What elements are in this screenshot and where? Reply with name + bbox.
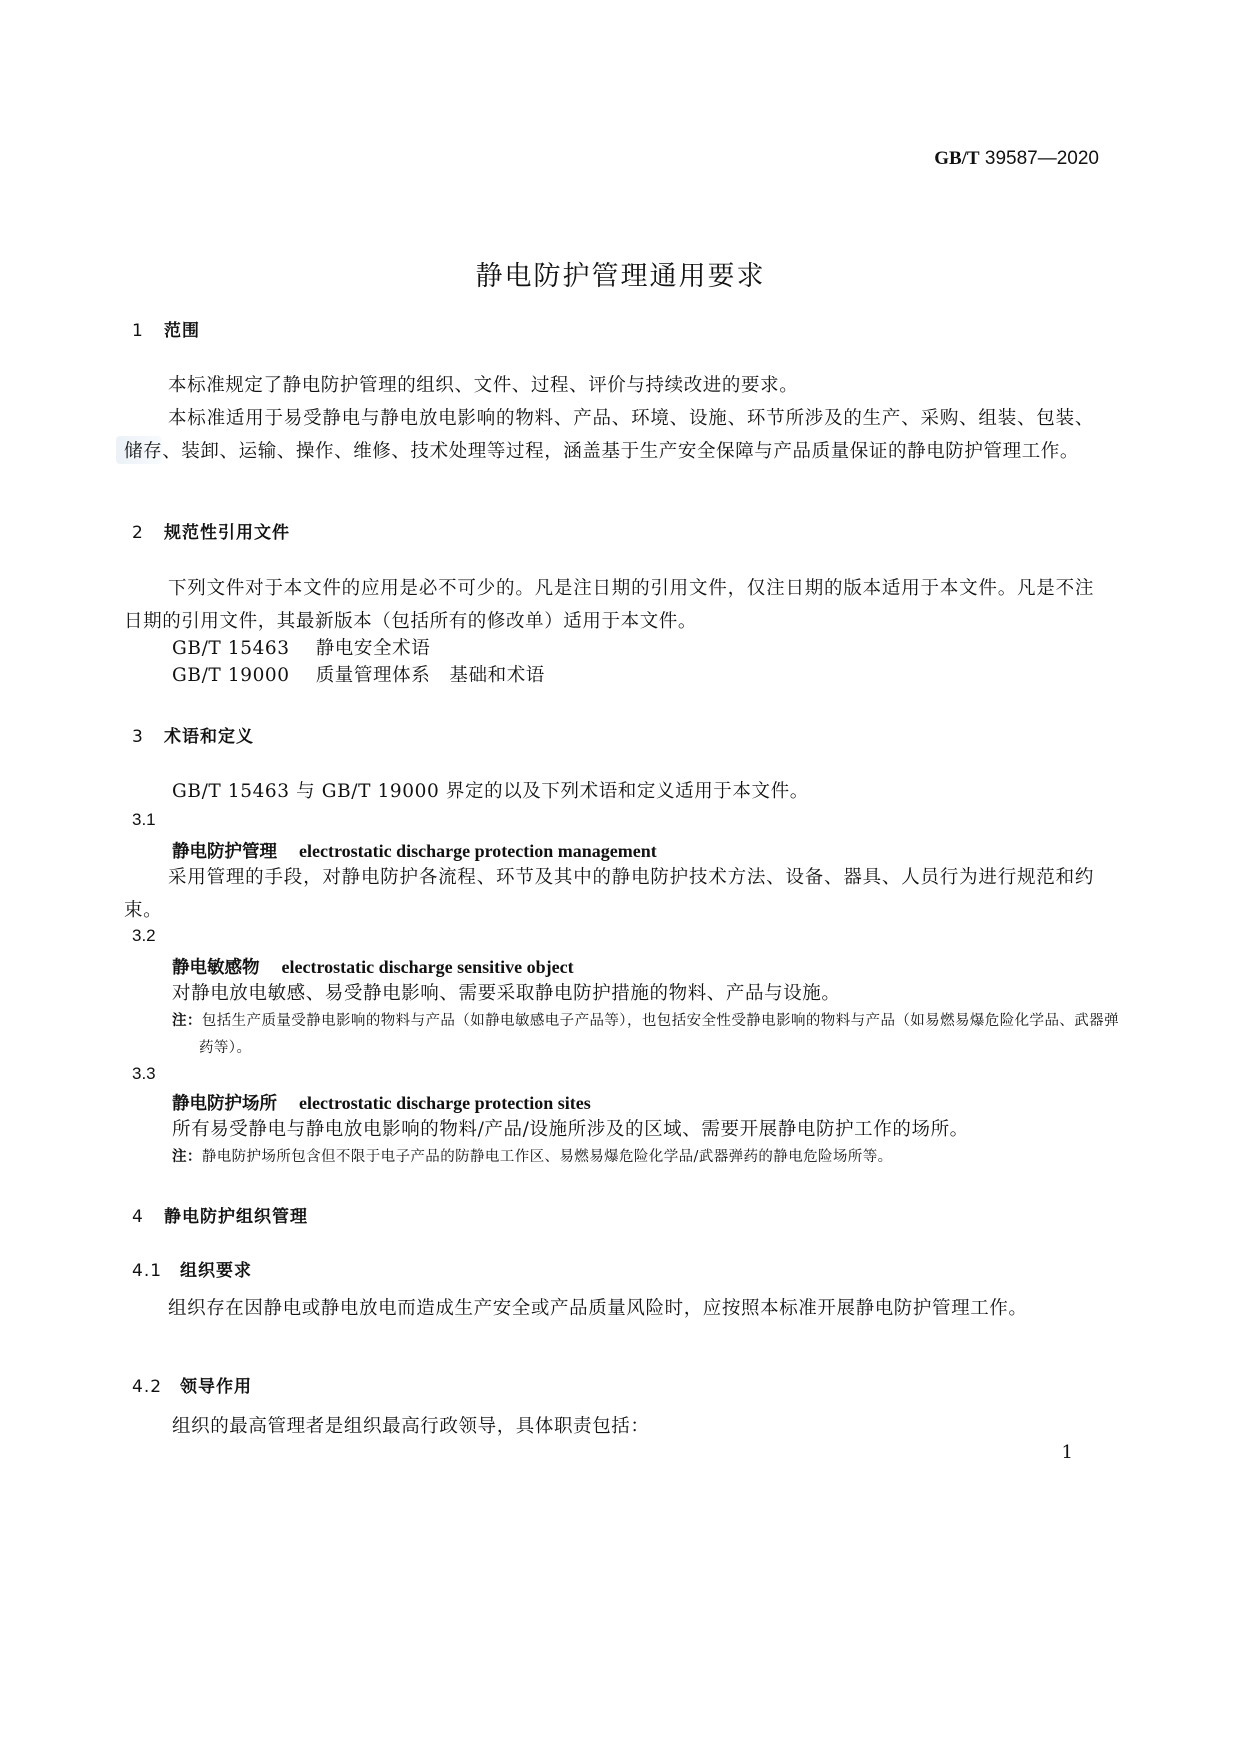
- section-number: 4: [132, 1207, 164, 1227]
- section-title: 静电防护组织管理: [164, 1207, 308, 1227]
- term-heading: 静电敏感物electrostatic discharge sensitive o…: [172, 954, 574, 979]
- section-1-heading: 1范围: [132, 316, 200, 341]
- section-3-intro: GB/T 15463 与 GB/T 19000 界定的以及下列术语和定义适用于本…: [172, 775, 809, 808]
- term-definition: 对静电放电敏感、易受静电影响、需要采取静电防护措施的物料、产品与设施。: [172, 977, 841, 1010]
- section-2-heading: 2规范性引用文件: [132, 518, 290, 543]
- term-en: electrostatic discharge protection sites: [299, 1093, 591, 1113]
- term-cn: 静电敏感物: [172, 958, 260, 978]
- term-note: 注：静电防护场所包含但不限于电子产品的防静电工作区、易燃易爆危险化学品/武器弹药…: [172, 1144, 893, 1171]
- note-label: 注：: [172, 1013, 202, 1029]
- reference-name: 静电安全术语: [316, 638, 431, 659]
- term-number: 3.1: [132, 810, 156, 830]
- term-heading: 静电防护管理electrostatic discharge protection…: [172, 838, 657, 863]
- section-number: 4.2: [132, 1377, 180, 1397]
- document-title: 静电防护管理通用要求: [0, 254, 1241, 293]
- note-text: 包括生产质量受静电影响的物料与产品（如静电敏感电子产品等），也包括安全性受静电影…: [199, 1013, 1119, 1056]
- section-2-intro: 下列文件对于本文件的应用是必不可少的。凡是注日期的引用文件，仅注日期的版本适用于…: [124, 572, 1094, 638]
- term-note: 注：包括生产质量受静电影响的物料与产品（如静电敏感电子产品等），也包括安全性受静…: [172, 1008, 1119, 1062]
- term-cn: 静电防护管理: [172, 842, 277, 862]
- section-4-2-heading: 4.2领导作用: [132, 1372, 252, 1397]
- section-4-2-para: 组织的最高管理者是组织最高行政领导，具体职责包括：: [172, 1410, 650, 1443]
- term-en: electrostatic discharge protection manag…: [299, 841, 657, 861]
- reference-code: GB/T 15463: [172, 638, 290, 659]
- note-text: 静电防护场所包含但不限于电子产品的防静电工作区、易燃易爆危险化学品/武器弹药的静…: [202, 1149, 893, 1165]
- section-1-para-2: 本标准适用于易受静电与静电放电影响的物料、产品、环境、设施、环节所涉及的生产、采…: [124, 402, 1094, 468]
- section-number: 3: [132, 727, 164, 747]
- standard-prefix: GB/T: [934, 148, 979, 169]
- section-4-1-para: 组织存在因静电或静电放电而造成生产安全或产品质量风险时，应按照本标准开展静电防护…: [124, 1292, 1094, 1325]
- section-number: 2: [132, 523, 164, 543]
- reference-code: GB/T 19000: [172, 665, 290, 686]
- section-4-heading: 4静电防护组织管理: [132, 1202, 308, 1227]
- section-title: 范围: [164, 321, 200, 341]
- section-title: 规范性引用文件: [164, 523, 290, 543]
- section-title: 术语和定义: [164, 727, 254, 747]
- term-definition: 所有易受静电与静电放电影响的物料/产品/设施所涉及的区域、需要开展静电防护工作的…: [172, 1113, 969, 1146]
- page-number: 1: [1062, 1442, 1073, 1463]
- term-definition: 采用管理的手段，对静电防护各流程、环节及其中的静电防护技术方法、设备、器具、人员…: [124, 861, 1094, 927]
- reference-name: 质量管理体系 基础和术语: [316, 665, 545, 686]
- section-number: 1: [132, 321, 164, 341]
- standard-number: GB/T 39587—2020: [934, 148, 1099, 170]
- section-4-1-heading: 4.1组织要求: [132, 1256, 252, 1281]
- section-1-para-1: 本标准规定了静电防护管理的组织、文件、过程、评价与持续改进的要求。: [124, 369, 1094, 402]
- standard-code: 39587—2020: [985, 148, 1099, 169]
- term-cn: 静电防护场所: [172, 1094, 277, 1114]
- section-title: 领导作用: [180, 1377, 252, 1397]
- term-number: 3.3: [132, 1064, 156, 1084]
- document-page: GB/T 39587—2020 静电防护管理通用要求 1范围 本标准规定了静电防…: [0, 0, 1241, 1754]
- section-3-heading: 3术语和定义: [132, 722, 254, 747]
- note-label: 注：: [172, 1149, 202, 1165]
- section-number: 4.1: [132, 1261, 180, 1281]
- section-title: 组织要求: [180, 1261, 252, 1281]
- term-number: 3.2: [132, 926, 156, 946]
- term-heading: 静电防护场所electrostatic discharge protection…: [172, 1090, 591, 1115]
- reference-item: GB/T 19000质量管理体系 基础和术语: [172, 659, 545, 692]
- term-en: electrostatic discharge sensitive object: [282, 957, 574, 977]
